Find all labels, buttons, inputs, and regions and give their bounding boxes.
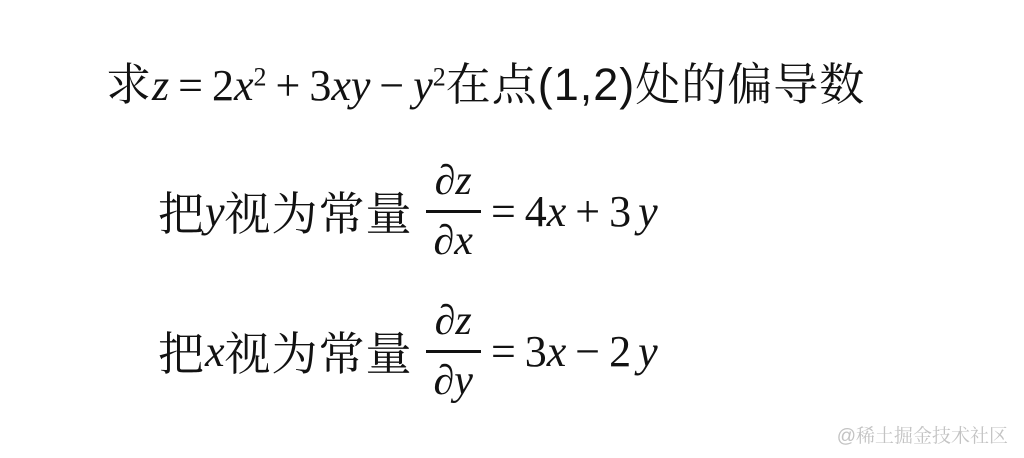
- partial-x-pre-text: 把: [158, 178, 205, 244]
- equation-sup1: 2: [254, 63, 267, 92]
- equation-lhs: z: [152, 61, 169, 110]
- result-var1: x: [547, 327, 567, 376]
- problem-suffix-text: 在点(1,2)处的偏导数: [446, 48, 866, 113]
- fraction-denominator: ∂x: [425, 213, 482, 268]
- result-operator: +: [575, 187, 600, 236]
- watermark-text: @稀土掘金技术社区: [837, 421, 1008, 448]
- problem-equation: z=2x2+3xy−y2: [152, 60, 446, 111]
- partial-y-fraction: ∂z ∂y: [425, 295, 482, 407]
- result-coeff1: 4: [525, 187, 547, 236]
- equation-equals: =: [178, 61, 203, 110]
- equation-var1: x: [234, 61, 254, 110]
- fraction-numerator: ∂z: [426, 295, 481, 353]
- partial-y-result: =3x−2y: [482, 326, 658, 377]
- result-operator: −: [575, 327, 600, 376]
- fraction-denominator: ∂y: [425, 353, 482, 408]
- result-var2: y: [638, 187, 658, 236]
- partial-y-line: 把 x 视为常量 ∂z ∂y =3x−2y: [158, 295, 658, 407]
- result-coeff2: 2: [609, 327, 631, 376]
- equation-coeff1: 2: [212, 61, 234, 110]
- partial-x-fraction: ∂z ∂x: [425, 155, 482, 267]
- partial-y-post-text: 视为常量: [225, 318, 413, 384]
- partial-y-pre-text: 把: [158, 318, 205, 384]
- result-equals: =: [491, 327, 516, 376]
- result-var1: x: [547, 187, 567, 236]
- problem-statement-line: 求 z=2x2+3xy−y2 在点(1,2)处的偏导数: [106, 48, 865, 113]
- result-coeff1: 3: [525, 327, 547, 376]
- equation-coeff2: 3: [309, 61, 331, 110]
- equation-sup2: 2: [433, 63, 446, 92]
- equation-plus: +: [276, 61, 301, 110]
- equation-var2: xy: [331, 61, 370, 110]
- math-worksheet-image: 求 z=2x2+3xy−y2 在点(1,2)处的偏导数 把 y 视为常量 ∂z …: [0, 0, 1024, 458]
- partial-x-held-var: y: [205, 186, 225, 237]
- fraction-numerator: ∂z: [426, 155, 481, 213]
- result-coeff2: 3: [609, 187, 631, 236]
- partial-y-held-var: x: [205, 326, 225, 377]
- problem-prefix-text: 求: [106, 48, 152, 113]
- result-var2: y: [638, 327, 658, 376]
- partial-x-result: =4x+3y: [482, 186, 658, 237]
- partial-x-post-text: 视为常量: [225, 178, 413, 244]
- partial-x-line: 把 y 视为常量 ∂z ∂x =4x+3y: [158, 155, 658, 267]
- equation-minus: −: [379, 61, 404, 110]
- result-equals: =: [491, 187, 516, 236]
- equation-var3: y: [413, 61, 433, 110]
